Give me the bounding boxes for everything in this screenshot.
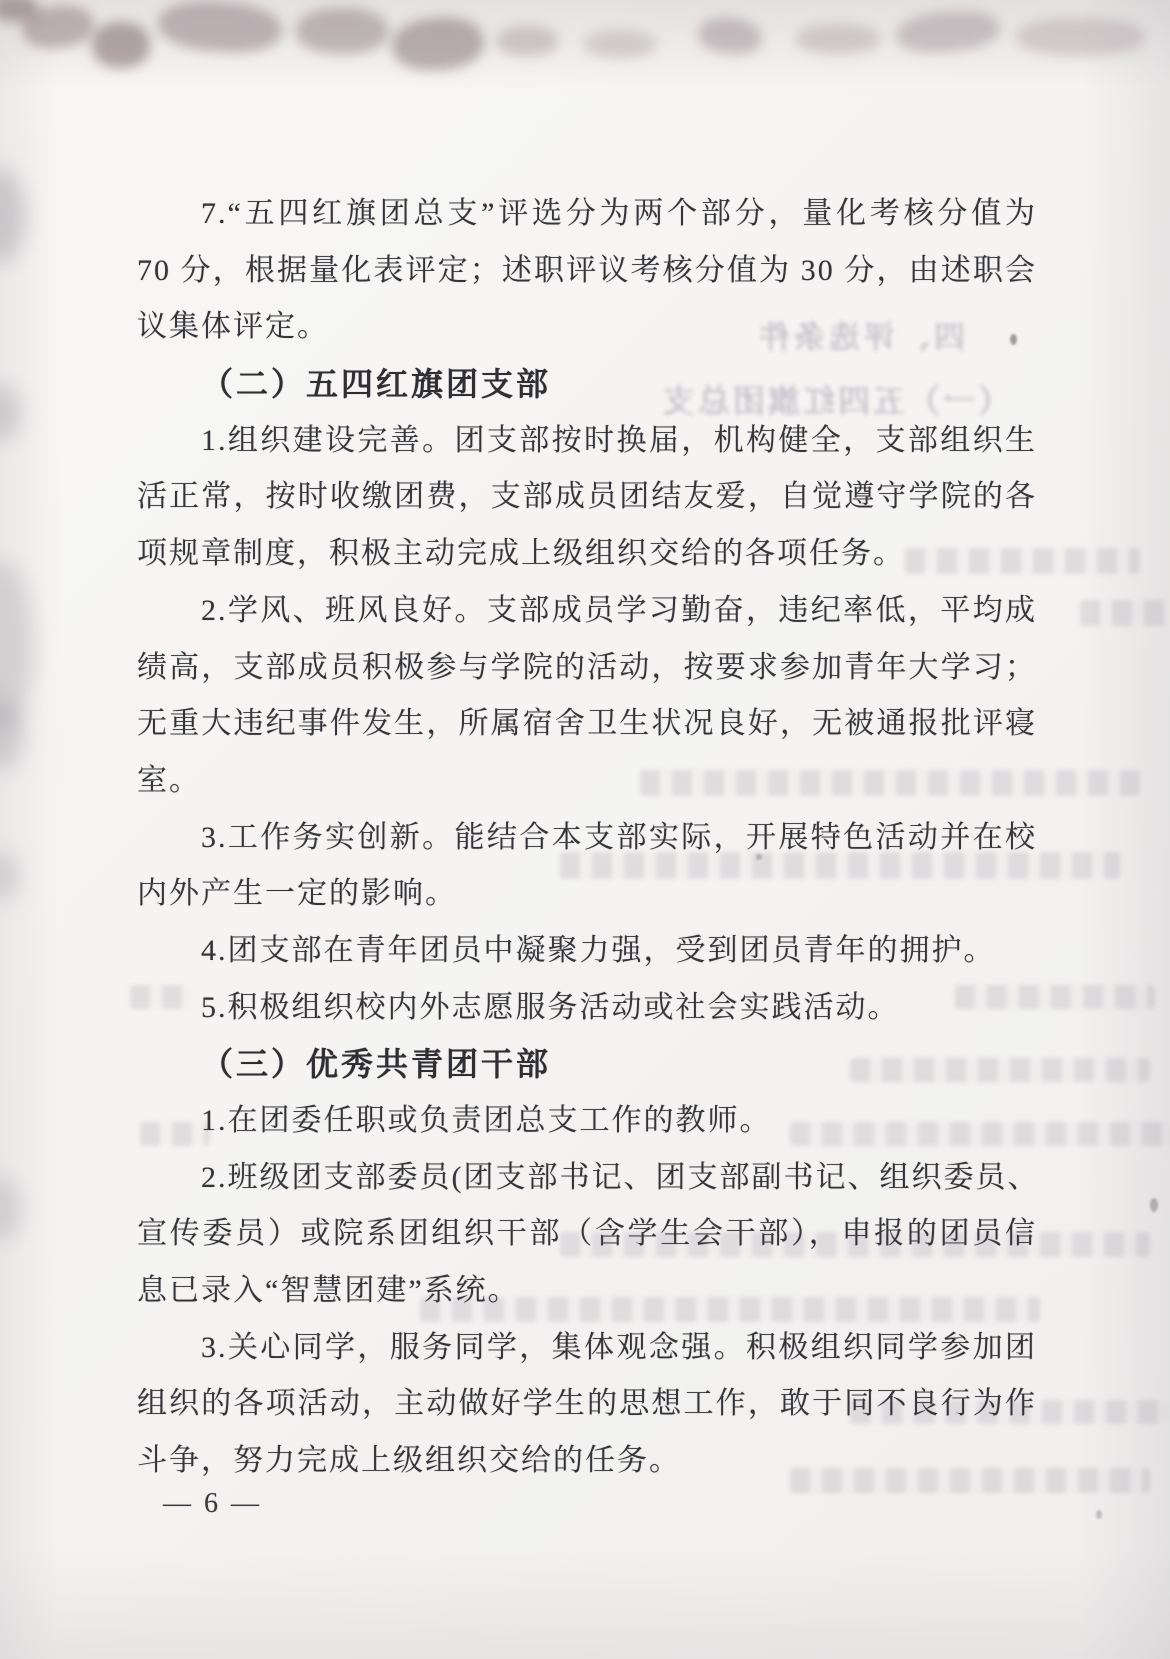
- scan-artifact: [1016, 18, 1144, 56]
- scan-artifact: [0, 168, 26, 264]
- speck: [1150, 1198, 1158, 1212]
- scan-artifact: [0, 852, 18, 900]
- text-line: 5.积极组织校内外志愿服务活动或社会实践活动。: [137, 980, 1037, 1037]
- document-body: 7.“五四红旗团总支”评选分为两个部分，量化考核分值为 70 分，根据量化表评定…: [137, 186, 1037, 1490]
- text-line: 活正常，按时收缴团费，支部成员团结友爱，自觉遵守学院的各: [137, 469, 1037, 526]
- scan-artifact: [390, 15, 485, 73]
- text-line: 议集体评定。: [137, 299, 1037, 356]
- scan-artifact: [894, 8, 1001, 57]
- scan-artifact: [0, 1176, 22, 1242]
- scan-artifact: [496, 26, 558, 56]
- text-line: 组织的各项活动，主动做好学生的思想工作，敢于同不良行为作: [137, 1376, 1037, 1433]
- scan-artifact: [796, 24, 880, 54]
- text-line: 项规章制度，积极主动完成上级组织交给的各项任务。: [137, 526, 1037, 583]
- text-line: 2.学风、班风良好。支部成员学习勤奋，违纪率低，平均成: [137, 583, 1037, 640]
- text-line: 2.班级团支部委员(团支部书记、团支部副书记、组织委员、: [137, 1150, 1037, 1207]
- text-line: 1.组织建设完善。团支部按时换届，机构健全，支部组织生: [137, 413, 1037, 470]
- section-heading: （二）五四红旗团支部: [137, 356, 1037, 413]
- scan-artifact: [696, 15, 763, 57]
- scan-artifact: [156, 0, 283, 56]
- text-line: 70 分，根据量化表评定；述职评议考核分值为 30 分，由述职会: [137, 243, 1037, 300]
- text-line: 斗争，努力完成上级组织交给的任务。: [137, 1433, 1037, 1490]
- text-line: 绩高，支部成员积极参与学院的活动，按要求参加青年大学习；: [137, 640, 1037, 697]
- scan-artifact: [296, 8, 388, 54]
- bottom-shading: [0, 1549, 1170, 1659]
- text-line: 息已录入“智慧团建”系统。: [137, 1263, 1037, 1320]
- text-line: 室。: [137, 753, 1037, 810]
- text-line: 7.“五四红旗团总支”评选分为两个部分，量化考核分值为: [137, 186, 1037, 243]
- scan-artifact: [584, 30, 656, 58]
- bleed-through-fragment: [1080, 600, 1165, 626]
- scanned-document-page: 四、评选条件 （一）五四红旗团总支 7.“五四红旗团总支”评选分为两个部分，量化…: [0, 0, 1170, 1659]
- speck: [1096, 1510, 1102, 1519]
- text-line: 无重大违纪事件发生，所属宿舍卫生状况良好，无被通报批评寝: [137, 696, 1037, 753]
- text-line: 3.关心同学，服务同学，集体观念强。积极组织同学参加团: [137, 1320, 1037, 1377]
- text-line: 1.在团委任职或负责团总支工作的教师。: [137, 1093, 1037, 1150]
- scan-artifact: [92, 22, 150, 68]
- text-line: 4.团支部在青年团员中凝聚力强，受到团员青年的拥护。: [137, 923, 1037, 980]
- text-line: 内外产生一定的影响。: [137, 866, 1037, 923]
- page-number: — 6 —: [163, 1484, 262, 1524]
- scan-artifact: [0, 384, 22, 442]
- section-heading: （三）优秀共青团干部: [137, 1036, 1037, 1093]
- text-line: 宣传委员）或院系团组织干部（含学生会干部），申报的团员信: [137, 1206, 1037, 1263]
- text-line: 3.工作务实创新。能结合本支部实际，开展特色活动并在校: [137, 810, 1037, 867]
